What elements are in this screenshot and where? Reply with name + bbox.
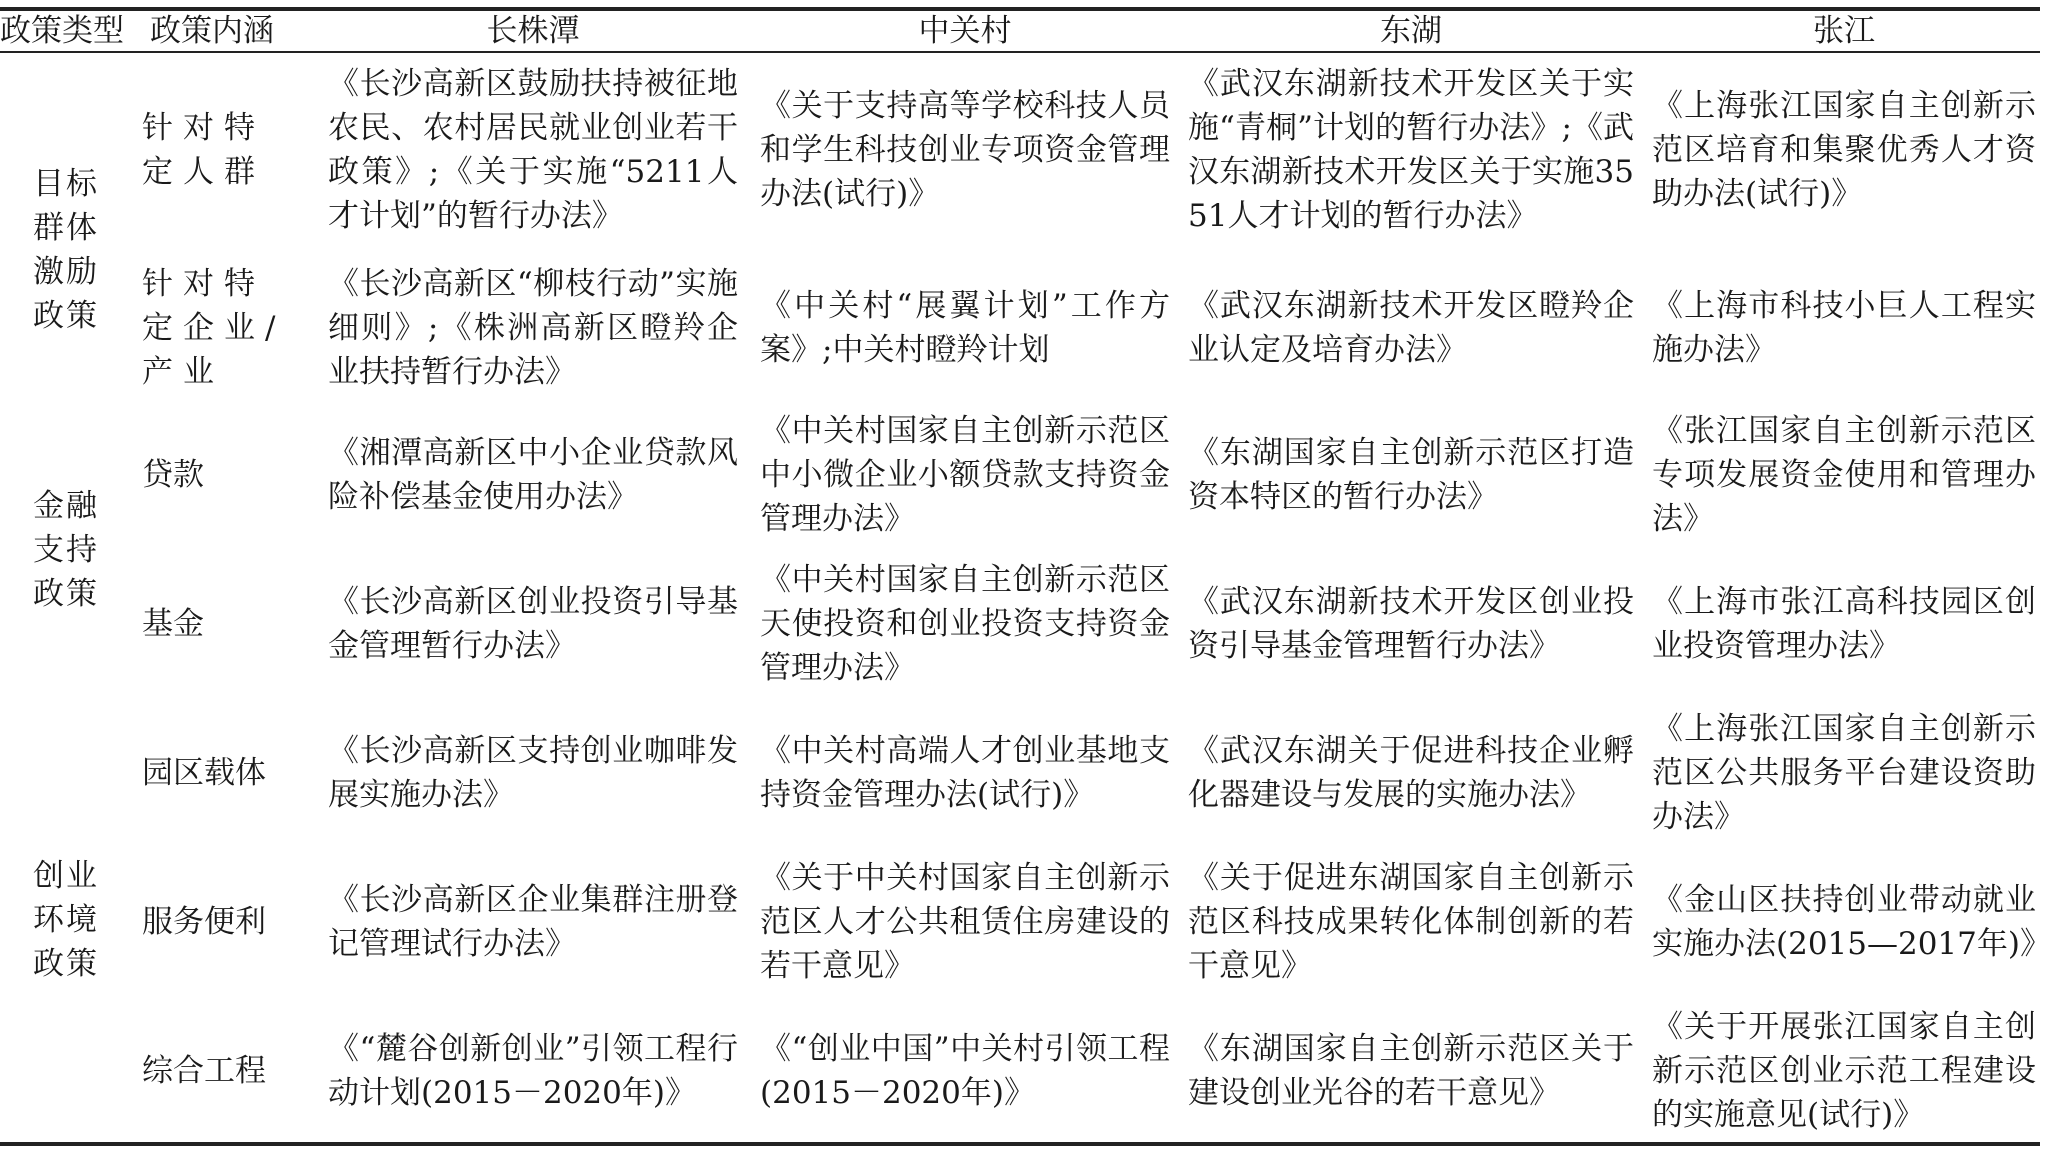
subtype-cell: 综合工程 [142, 1049, 302, 1093]
zhangjiang-cell: 《张江国家自主创新示范区专项发展资金使用和管理办法》 [1652, 409, 2036, 541]
donghu-cell: 《关于促进东湖国家自主创新示范区科技成果转化体制创新的若干意见》 [1188, 856, 1634, 988]
donghu-cell: 《武汉东湖新技术开发区关于实施“青桐”计划的暂行办法》;《武汉东湖新技术开发区关… [1188, 60, 1634, 240]
zhangjiang-cell: 《上海市科技小巨人工程实施办法》 [1652, 284, 2036, 372]
subtype-cell: 基金 [142, 602, 302, 646]
changzhutan-cell: 《长沙高新区“柳枝行动”实施细则》;《株洲高新区瞪羚企业扶持暂行办法》 [328, 262, 738, 394]
zhangjiang-cell: 《上海张江国家自主创新示范区培育和集聚优秀人才资助办法(试行)》 [1652, 84, 2036, 216]
changzhutan-cell: 《长沙高新区创业投资引导基金管理暂行办法》 [328, 580, 738, 668]
table-bottom-rule [0, 1142, 2040, 1146]
header-policy-content: 政策内涵 [150, 12, 310, 50]
subtype-cell: 服务便利 [142, 900, 302, 944]
zhongguancun-cell: 《中关村国家自主创新示范区中小微企业小额贷款支持资金管理办法》 [760, 409, 1170, 541]
header-policy-type: 政策类型 [0, 12, 132, 50]
subtype-cell: 针对特定人群 [142, 80, 302, 220]
category-financial-support: 金融支持政策 [32, 450, 100, 650]
donghu-cell: 《武汉东湖新技术开发区瞪羚企业认定及培育办法》 [1188, 284, 1634, 372]
subtype-cell: 针对特定企业/产业 [142, 262, 302, 394]
zhongguancun-cell: 《中关村高端人才创业基地支持资金管理办法(试行)》 [760, 729, 1170, 817]
donghu-cell: 《东湖国家自主创新示范区打造资本特区的暂行办法》 [1188, 431, 1634, 519]
table-header-rule [0, 51, 2040, 53]
changzhutan-cell: 《“麓谷创新创业”引领工程行动计划(2015－2020年)》 [328, 1027, 738, 1115]
subtype-cell: 贷款 [142, 453, 302, 497]
changzhutan-cell: 《长沙高新区鼓励扶持被征地农民、农村居民就业创业若干政策》;《关于实施“5211… [328, 60, 738, 240]
header-zhangjiang: 张江 [1652, 12, 2036, 50]
header-zhongguancun: 中关村 [760, 12, 1170, 50]
zhongguancun-cell: 《中关村国家自主创新示范区天使投资和创业投资支持资金管理办法》 [760, 558, 1170, 690]
changzhutan-cell: 《湘潭高新区中小企业贷款风险补偿基金使用办法》 [328, 431, 738, 519]
zhangjiang-cell: 《上海市张江高科技园区创业投资管理办法》 [1652, 580, 2036, 668]
header-changzhutan: 长株潭 [328, 12, 738, 50]
zhangjiang-cell: 《关于开展张江国家自主创新示范区创业示范工程建设的实施意见(试行)》 [1652, 1005, 2036, 1137]
zhongguancun-cell: 《中关村“展翼计划”工作方案》;中关村瞪羚计划 [760, 284, 1170, 372]
donghu-cell: 《武汉东湖关于促进科技企业孵化器建设与发展的实施办法》 [1188, 729, 1634, 817]
zhongguancun-cell: 《关于支持高等学校科技人员和学生科技创业专项资金管理办法(试行)》 [760, 84, 1170, 216]
zhangjiang-cell: 《上海张江国家自主创新示范区公共服务平台建设资助办法》 [1652, 707, 2036, 839]
subtype-cell: 园区载体 [142, 751, 302, 795]
category-entrepreneurship-environment: 创业环境政策 [32, 820, 100, 1020]
zhongguancun-cell: 《“创业中国”中关村引领工程(2015－2020年)》 [760, 1027, 1170, 1115]
category-target-group-incentive: 目标群体激励政策 [32, 150, 100, 350]
header-donghu: 东湖 [1188, 12, 1634, 50]
table-top-rule [0, 7, 2040, 11]
donghu-cell: 《东湖国家自主创新示范区关于建设创业光谷的若干意见》 [1188, 1027, 1634, 1115]
changzhutan-cell: 《长沙高新区支持创业咖啡发展实施办法》 [328, 729, 738, 817]
donghu-cell: 《武汉东湖新技术开发区创业投资引导基金管理暂行办法》 [1188, 580, 1634, 668]
changzhutan-cell: 《长沙高新区企业集群注册登记管理试行办法》 [328, 878, 738, 966]
zhongguancun-cell: 《关于中关村国家自主创新示范区人才公共租赁住房建设的若干意见》 [760, 856, 1170, 988]
zhangjiang-cell: 《金山区扶持创业带动就业实施办法(2015—2017年)》 [1652, 878, 2036, 966]
